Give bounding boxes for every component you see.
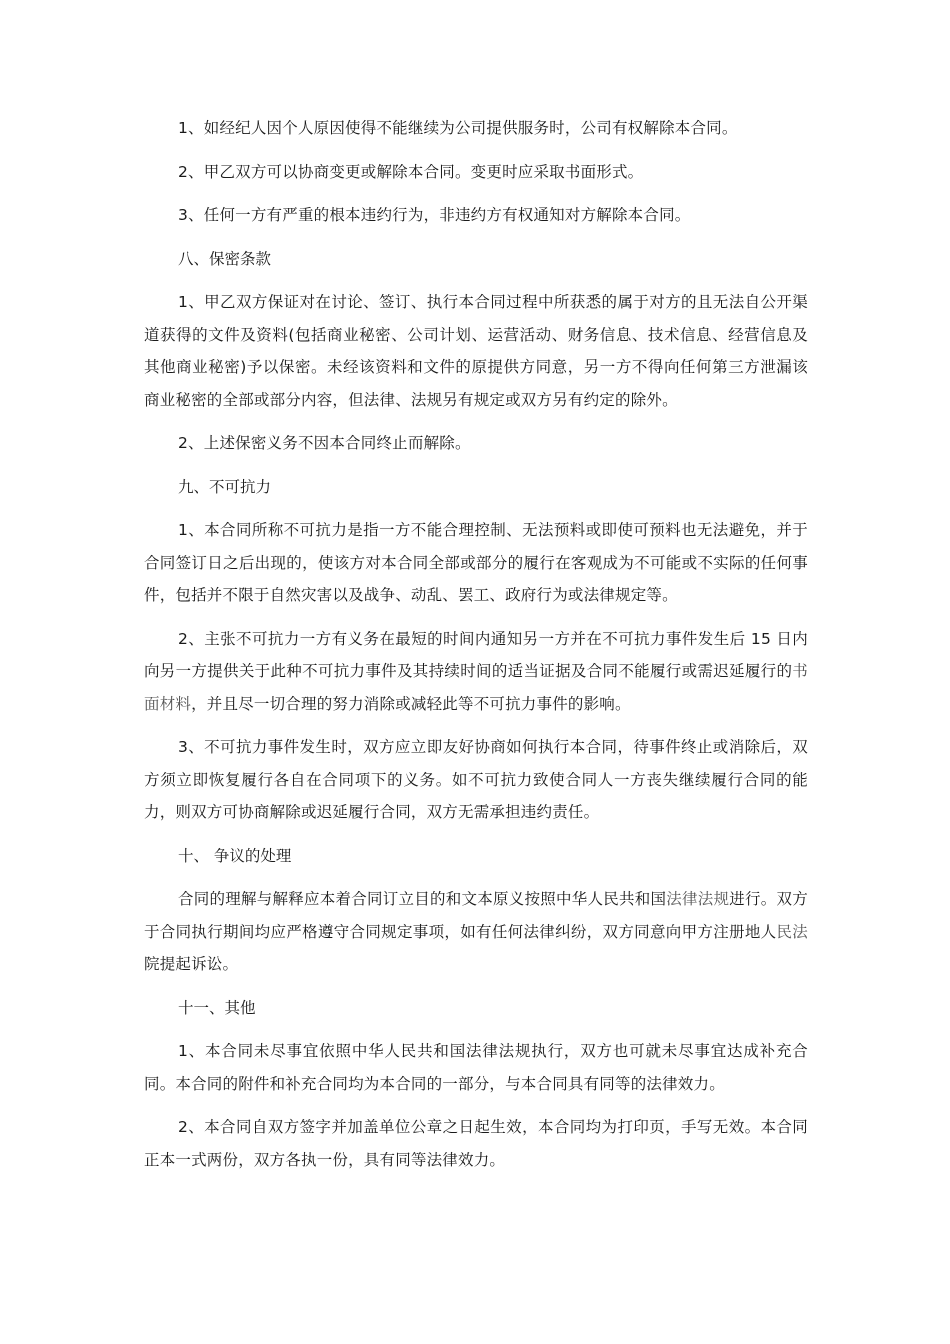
clause-dispute: 合同的理解与解释应本着合同订立目的和文本原义按照中华人民共和国法律法规进行。双方…	[144, 883, 808, 981]
clause-text: 2、主张不可抗力一方有义务在最短的时间内通知另一方并在不可抗力事件发生后 15 …	[144, 630, 808, 681]
clause-force-majeure-1: 1、本合同所称不可抗力是指一方不能合理控制、无法预料或即使可预料也无法避免，并于…	[144, 514, 808, 612]
clause-confidentiality-2: 2、上述保密义务不因本合同终止而解除。	[144, 427, 808, 460]
section-heading-force-majeure: 九、不可抗力	[144, 471, 808, 504]
clause-confidentiality-1: 1、甲乙双方保证对在讨论、签订、执行本合同过程中所获悉的属于对方的且无法自公开渠…	[144, 286, 808, 416]
clause-termination-1: 1、如经纪人因个人原因使得不能继续为公司提供服务时，公司有权解除本合同。	[144, 112, 808, 145]
clause-text: 院提起诉讼。	[144, 955, 238, 973]
clause-termination-3: 3、任何一方有严重的根本违约行为，非违约方有权通知对方解除本合同。	[144, 199, 808, 232]
section-heading-dispute: 十、 争议的处理	[144, 840, 808, 873]
clause-text: ，并且尽一切合理的努力消除或减轻此等不可抗力事件的影响。	[191, 695, 631, 713]
section-heading-confidentiality: 八、保密条款	[144, 243, 808, 276]
clause-other-2: 2、本合同自双方签字并加盖单位公章之日起生效，本合同均为打印页，手写无效。本合同…	[144, 1111, 808, 1176]
section-heading-other: 十一、其他	[144, 992, 808, 1025]
clause-other-1: 1、本合同未尽事宜依照中华人民共和国法律法规执行，双方也可就未尽事宜达成补充合同…	[144, 1035, 808, 1100]
link-laws-regulations[interactable]: 法律法规	[666, 890, 729, 908]
document-page: 1、如经纪人因个人原因使得不能继续为公司提供服务时，公司有权解除本合同。 2、甲…	[144, 112, 808, 1187]
clause-termination-2: 2、甲乙双方可以协商变更或解除本合同。变更时应采取书面形式。	[144, 156, 808, 189]
clause-force-majeure-3: 3、不可抗力事件发生时，双方应立即友好协商如何执行本合同，待事件终止或消除后，双…	[144, 731, 808, 829]
clause-force-majeure-2: 2、主张不可抗力一方有义务在最短的时间内通知另一方并在不可抗力事件发生后 15 …	[144, 623, 808, 721]
clause-text: 合同的理解与解释应本着合同订立目的和文本原义按照中华人民共和国	[178, 890, 666, 908]
link-civil-law[interactable]: 民法	[776, 923, 808, 941]
